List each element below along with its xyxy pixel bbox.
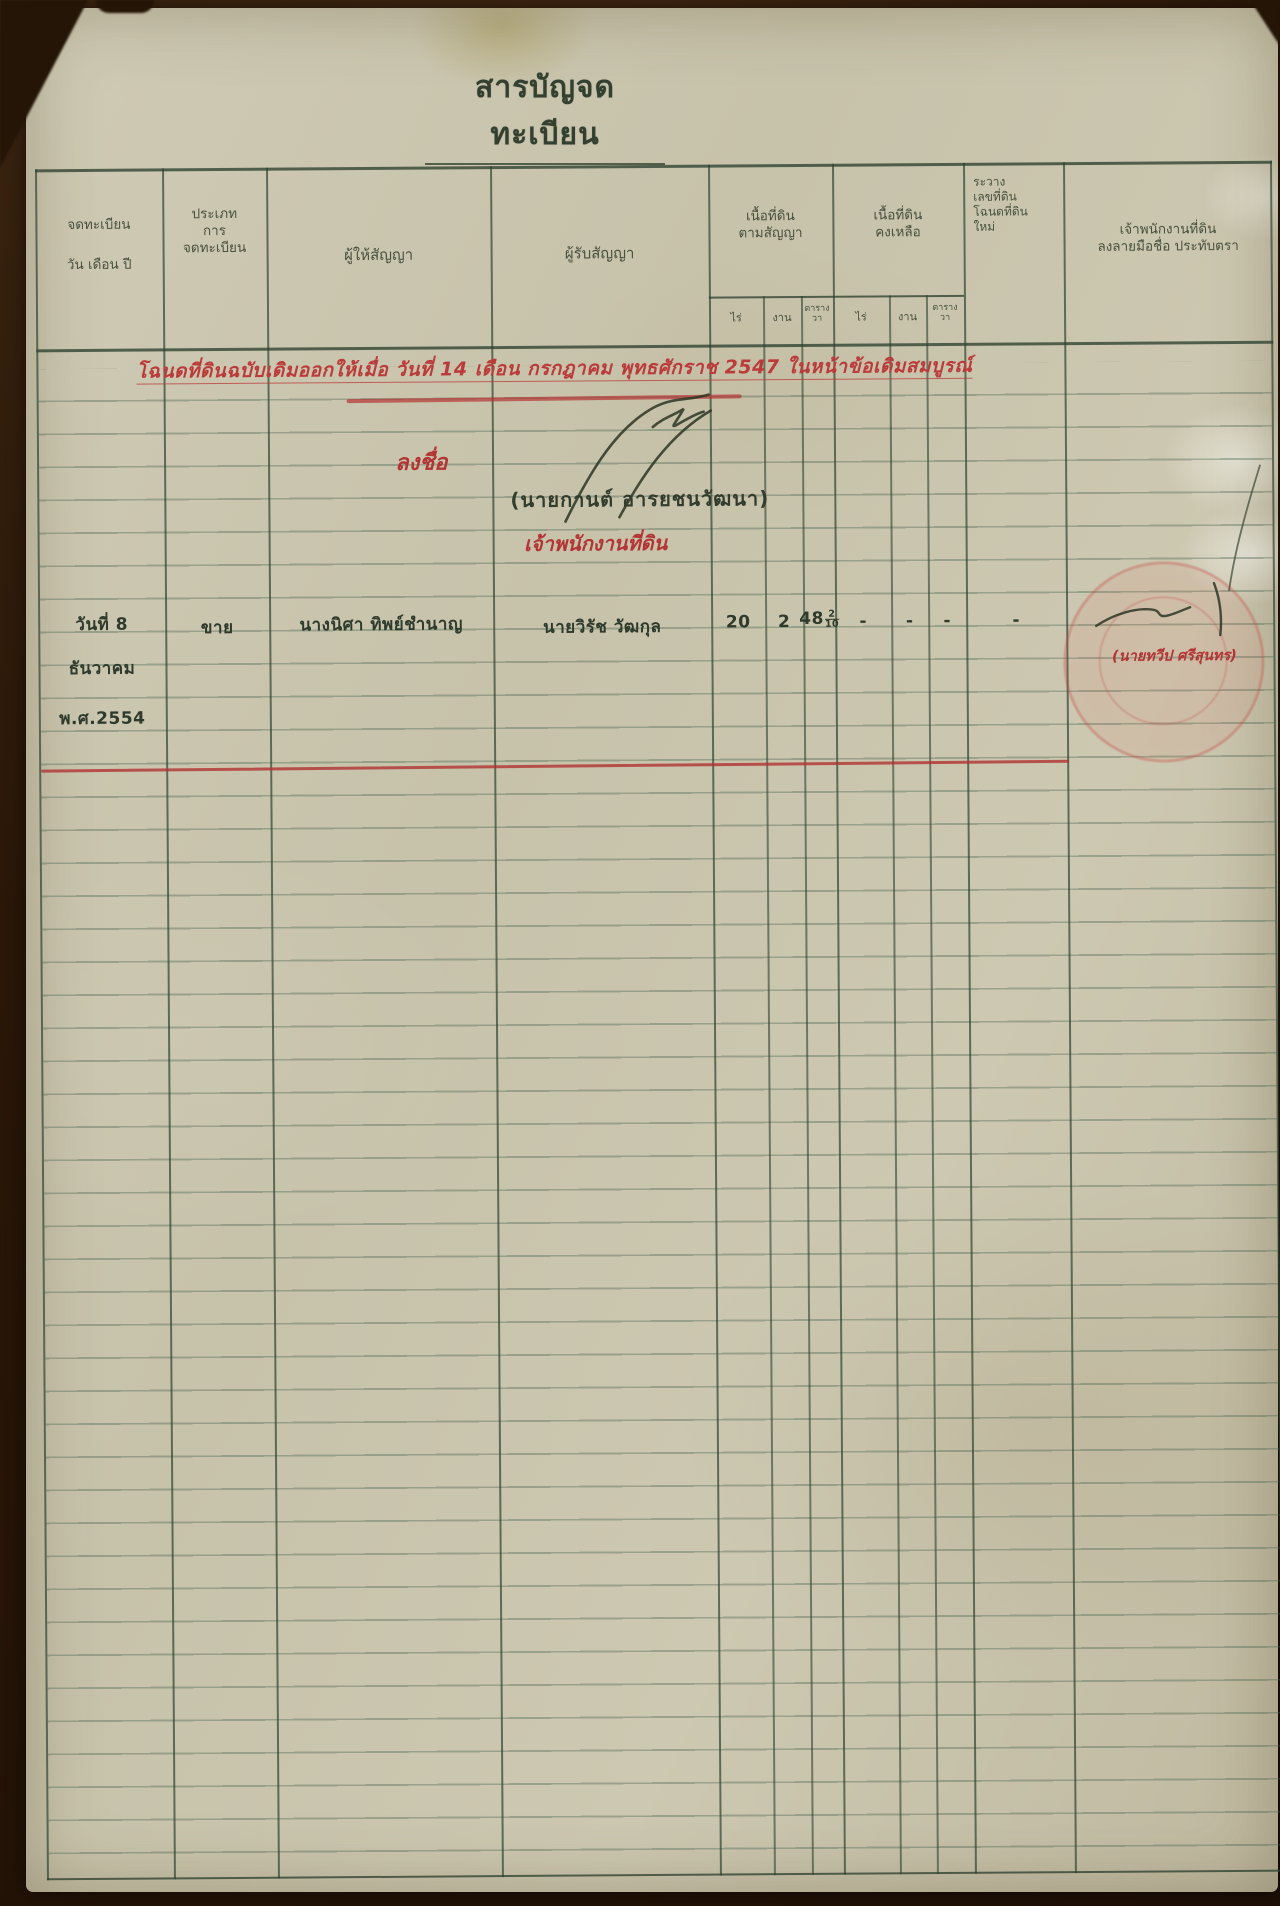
header-sheet: ระวาง เลขที่ดิน โฉนดที่ดิน ใหม่ <box>963 174 1073 235</box>
row-contract-rai: 20 <box>711 612 765 632</box>
unit-ngan: งาน <box>889 311 926 323</box>
unit-wa: ตาราง วา <box>926 303 964 323</box>
header-registration: จดทะเบียน <box>35 216 162 234</box>
header-area-contract: เนื้อที่ดิน ตามสัญญา <box>708 208 832 243</box>
unit-wa: ตาราง วา <box>801 304 833 324</box>
sign-role: เจ้าพนักงานที่ดิน <box>486 527 706 561</box>
unit-rai: ไร่ <box>833 311 889 323</box>
wa-whole: 48 <box>799 609 824 629</box>
row-remaining-ngan: - <box>891 611 928 631</box>
paper-edge-nick <box>96 0 154 13</box>
row-official-name: (นายทวีป ศรีสุนทร) <box>1070 644 1278 668</box>
header-official: เจ้าพนักงานที่ดิน ลงลายมือชื่อ ประทับตรา <box>1063 221 1272 256</box>
document-paper: สารบัญจดทะเบียน จดทะเบียน วัน เดือน ปี ป… <box>26 8 1278 1892</box>
page-title: สารบัญจดทะเบียน <box>425 64 665 165</box>
torn-corner-top-right <box>1250 0 1280 46</box>
row-sheet: - <box>966 610 1066 631</box>
row-remaining-wa: - <box>928 611 966 631</box>
header-type: ประเภท การ จดทะเบียน <box>162 206 266 258</box>
header-grantee: ผู้รับสัญญา <box>491 245 709 264</box>
row-remaining-rai: - <box>835 611 891 631</box>
row-grantee: นายวิรัช วัฒกุล <box>493 613 711 642</box>
unit-rai: ไร่ <box>709 312 763 324</box>
row-grantor: นางนิศา ทิพย์ชำนาญ <box>269 610 493 639</box>
row-date-day: วันที่ 8 <box>38 610 165 638</box>
sign-label: ลงชื่อ <box>395 444 448 479</box>
row-type: ขาย <box>165 614 269 642</box>
sign-name: (นายกานต์ อารยชนวัฒนา) <box>467 482 812 516</box>
header-area-remaining: เนื้อที่ดิน คงเหลือ <box>832 207 963 242</box>
row-date-year: พ.ศ.2554 <box>39 704 166 732</box>
header-registration-date: วัน เดือน ปี <box>36 256 163 274</box>
torn-corner-top-left <box>0 0 88 168</box>
row-date-month: ธันวาคม <box>38 654 165 682</box>
header-grantor: ผู้ให้สัญญา <box>267 246 491 265</box>
unit-ngan: งาน <box>763 312 801 324</box>
pen-stroke <box>1222 461 1268 596</box>
registry-table: จดทะเบียน วัน เดือน ปี ประเภท การ จดทะเบ… <box>35 161 1280 1881</box>
